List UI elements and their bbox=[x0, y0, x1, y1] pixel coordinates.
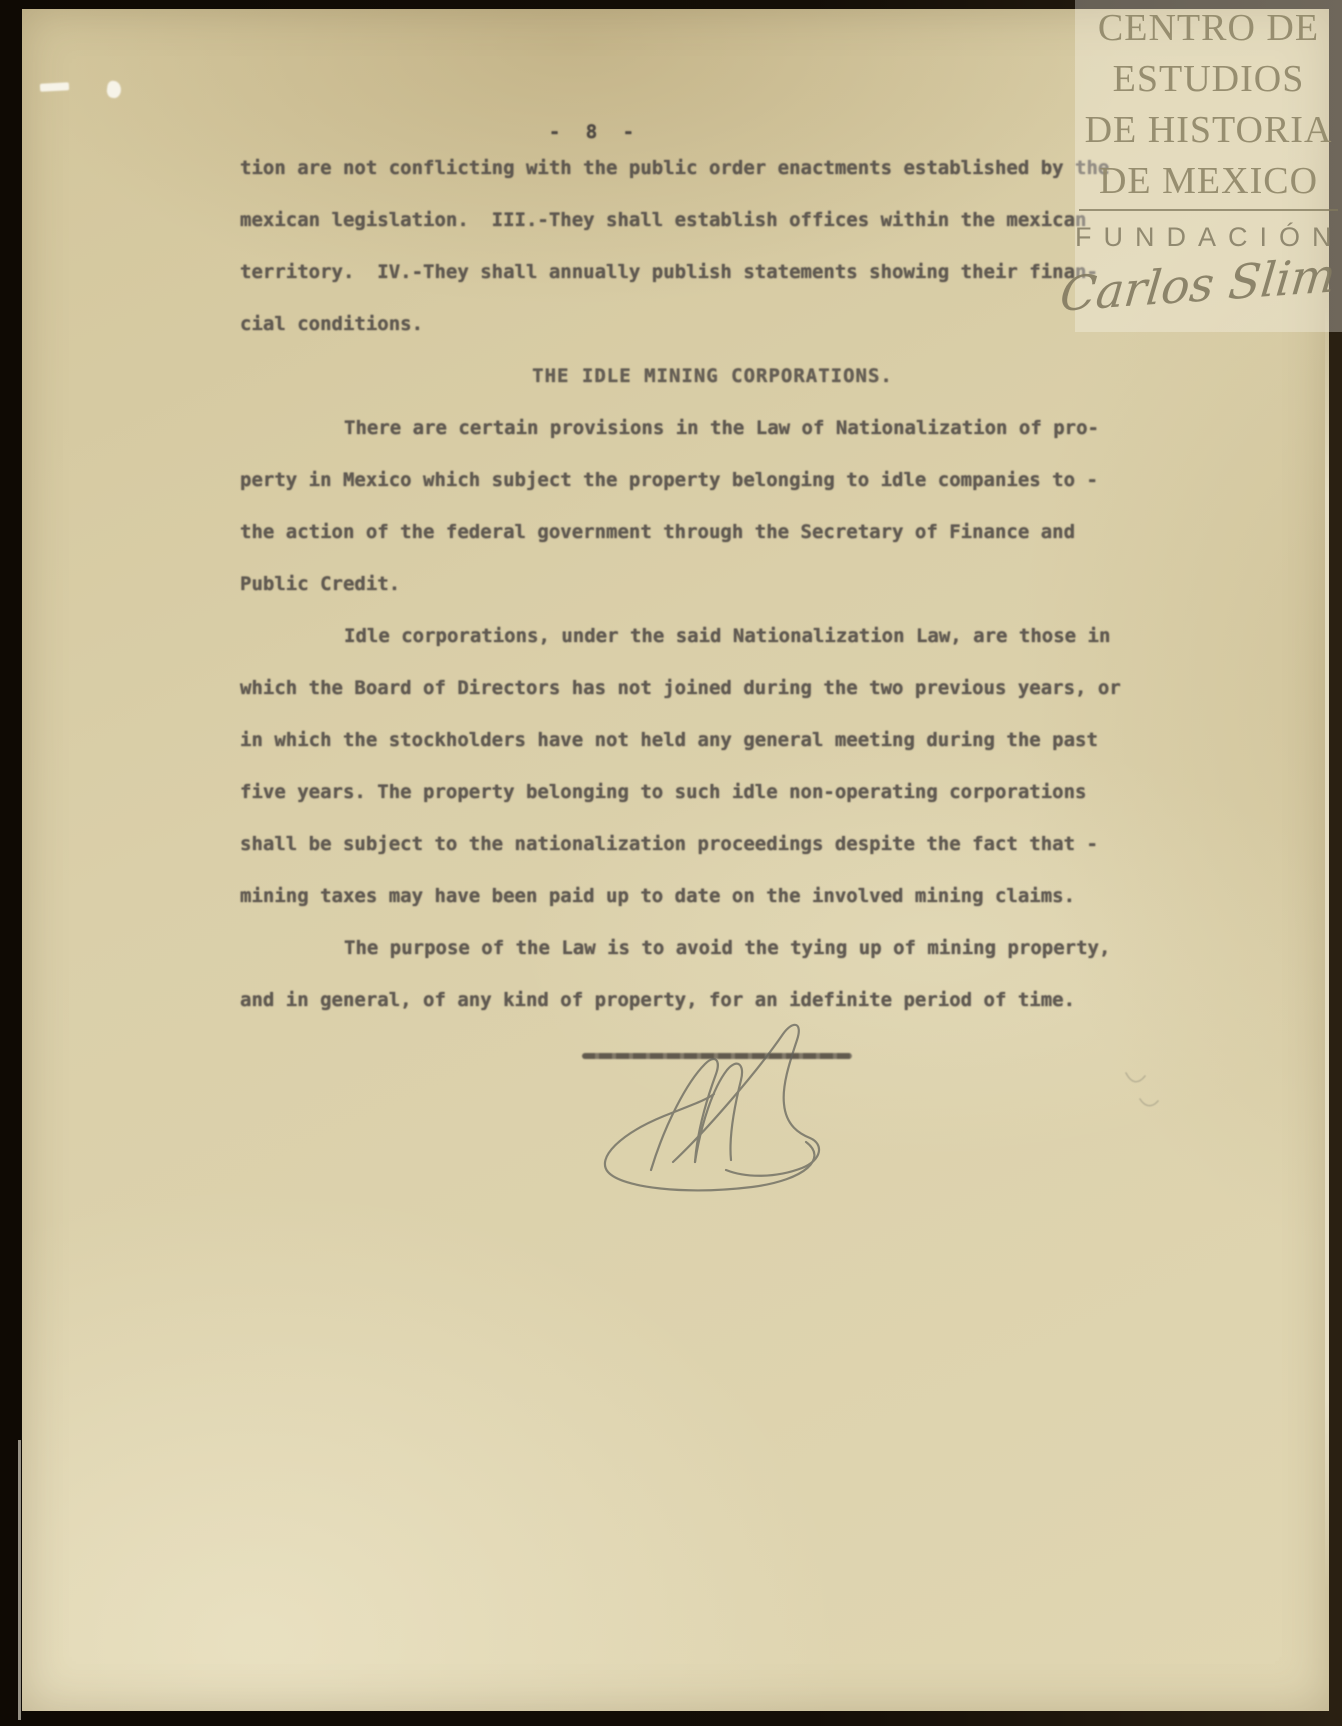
typed-line: mexican legislation. III.-They shall est… bbox=[240, 194, 1185, 246]
watermark-carlos-slim-signature: Carlos Slim bbox=[1058, 248, 1339, 323]
typed-line: the action of the federal government thr… bbox=[240, 506, 1185, 558]
typed-line: territory. IV.-They shall annually publi… bbox=[240, 246, 1185, 298]
watermark-institution-line: DE HISTORIA bbox=[1075, 105, 1342, 156]
typed-line: The purpose of the Law is to avoid the t… bbox=[240, 922, 1185, 974]
signature-stroke bbox=[605, 1094, 815, 1190]
typed-line: which the Board of Directors has not joi… bbox=[240, 662, 1185, 714]
typed-line: cial conditions. bbox=[240, 298, 1185, 350]
watermark-divider bbox=[1079, 209, 1338, 211]
watermark-institution-line: CENTRO DE bbox=[1075, 3, 1342, 54]
typed-line: shall be subject to the nationalization … bbox=[240, 818, 1185, 870]
scan-edge-highlight bbox=[18, 1440, 21, 1720]
typed-line: in which the stockholders have not held … bbox=[240, 714, 1185, 766]
handwritten-signature bbox=[555, 1010, 885, 1200]
paper-scratch bbox=[106, 80, 122, 99]
watermark-foundation-label: FUNDACIÓN bbox=[1075, 222, 1342, 253]
typed-text-body: tion are not conflicting with the public… bbox=[240, 142, 1185, 1026]
typed-line: five years. The property belonging to su… bbox=[240, 766, 1185, 818]
typed-line: There are certain provisions in the Law … bbox=[240, 402, 1185, 454]
faint-pencil-mark bbox=[1118, 1061, 1168, 1116]
watermark-institution-line: ESTUDIOS bbox=[1075, 54, 1342, 105]
signature-stroke bbox=[651, 1059, 718, 1170]
scanned-document-screenshot: { "page": { "number": "- 8 -", "lines": … bbox=[0, 0, 1342, 1726]
typed-line: mining taxes may have been paid up to da… bbox=[240, 870, 1185, 922]
watermark-institution-line: DE MEXICO bbox=[1075, 156, 1342, 207]
typed-line: Public Credit. bbox=[240, 558, 1185, 610]
section-heading: THE IDLE MINING CORPORATIONS. bbox=[240, 350, 1185, 402]
typed-line: tion are not conflicting with the public… bbox=[240, 142, 1185, 194]
typed-line: Idle corporations, under the said Nation… bbox=[240, 610, 1185, 662]
typed-line: perty in Mexico which subject the proper… bbox=[240, 454, 1185, 506]
paper-scratch bbox=[40, 82, 69, 92]
scan-edge-highlight bbox=[1325, 300, 1329, 1590]
archive-watermark: CENTRO DE ESTUDIOS DE HISTORIA DE MEXICO… bbox=[1075, 0, 1342, 332]
